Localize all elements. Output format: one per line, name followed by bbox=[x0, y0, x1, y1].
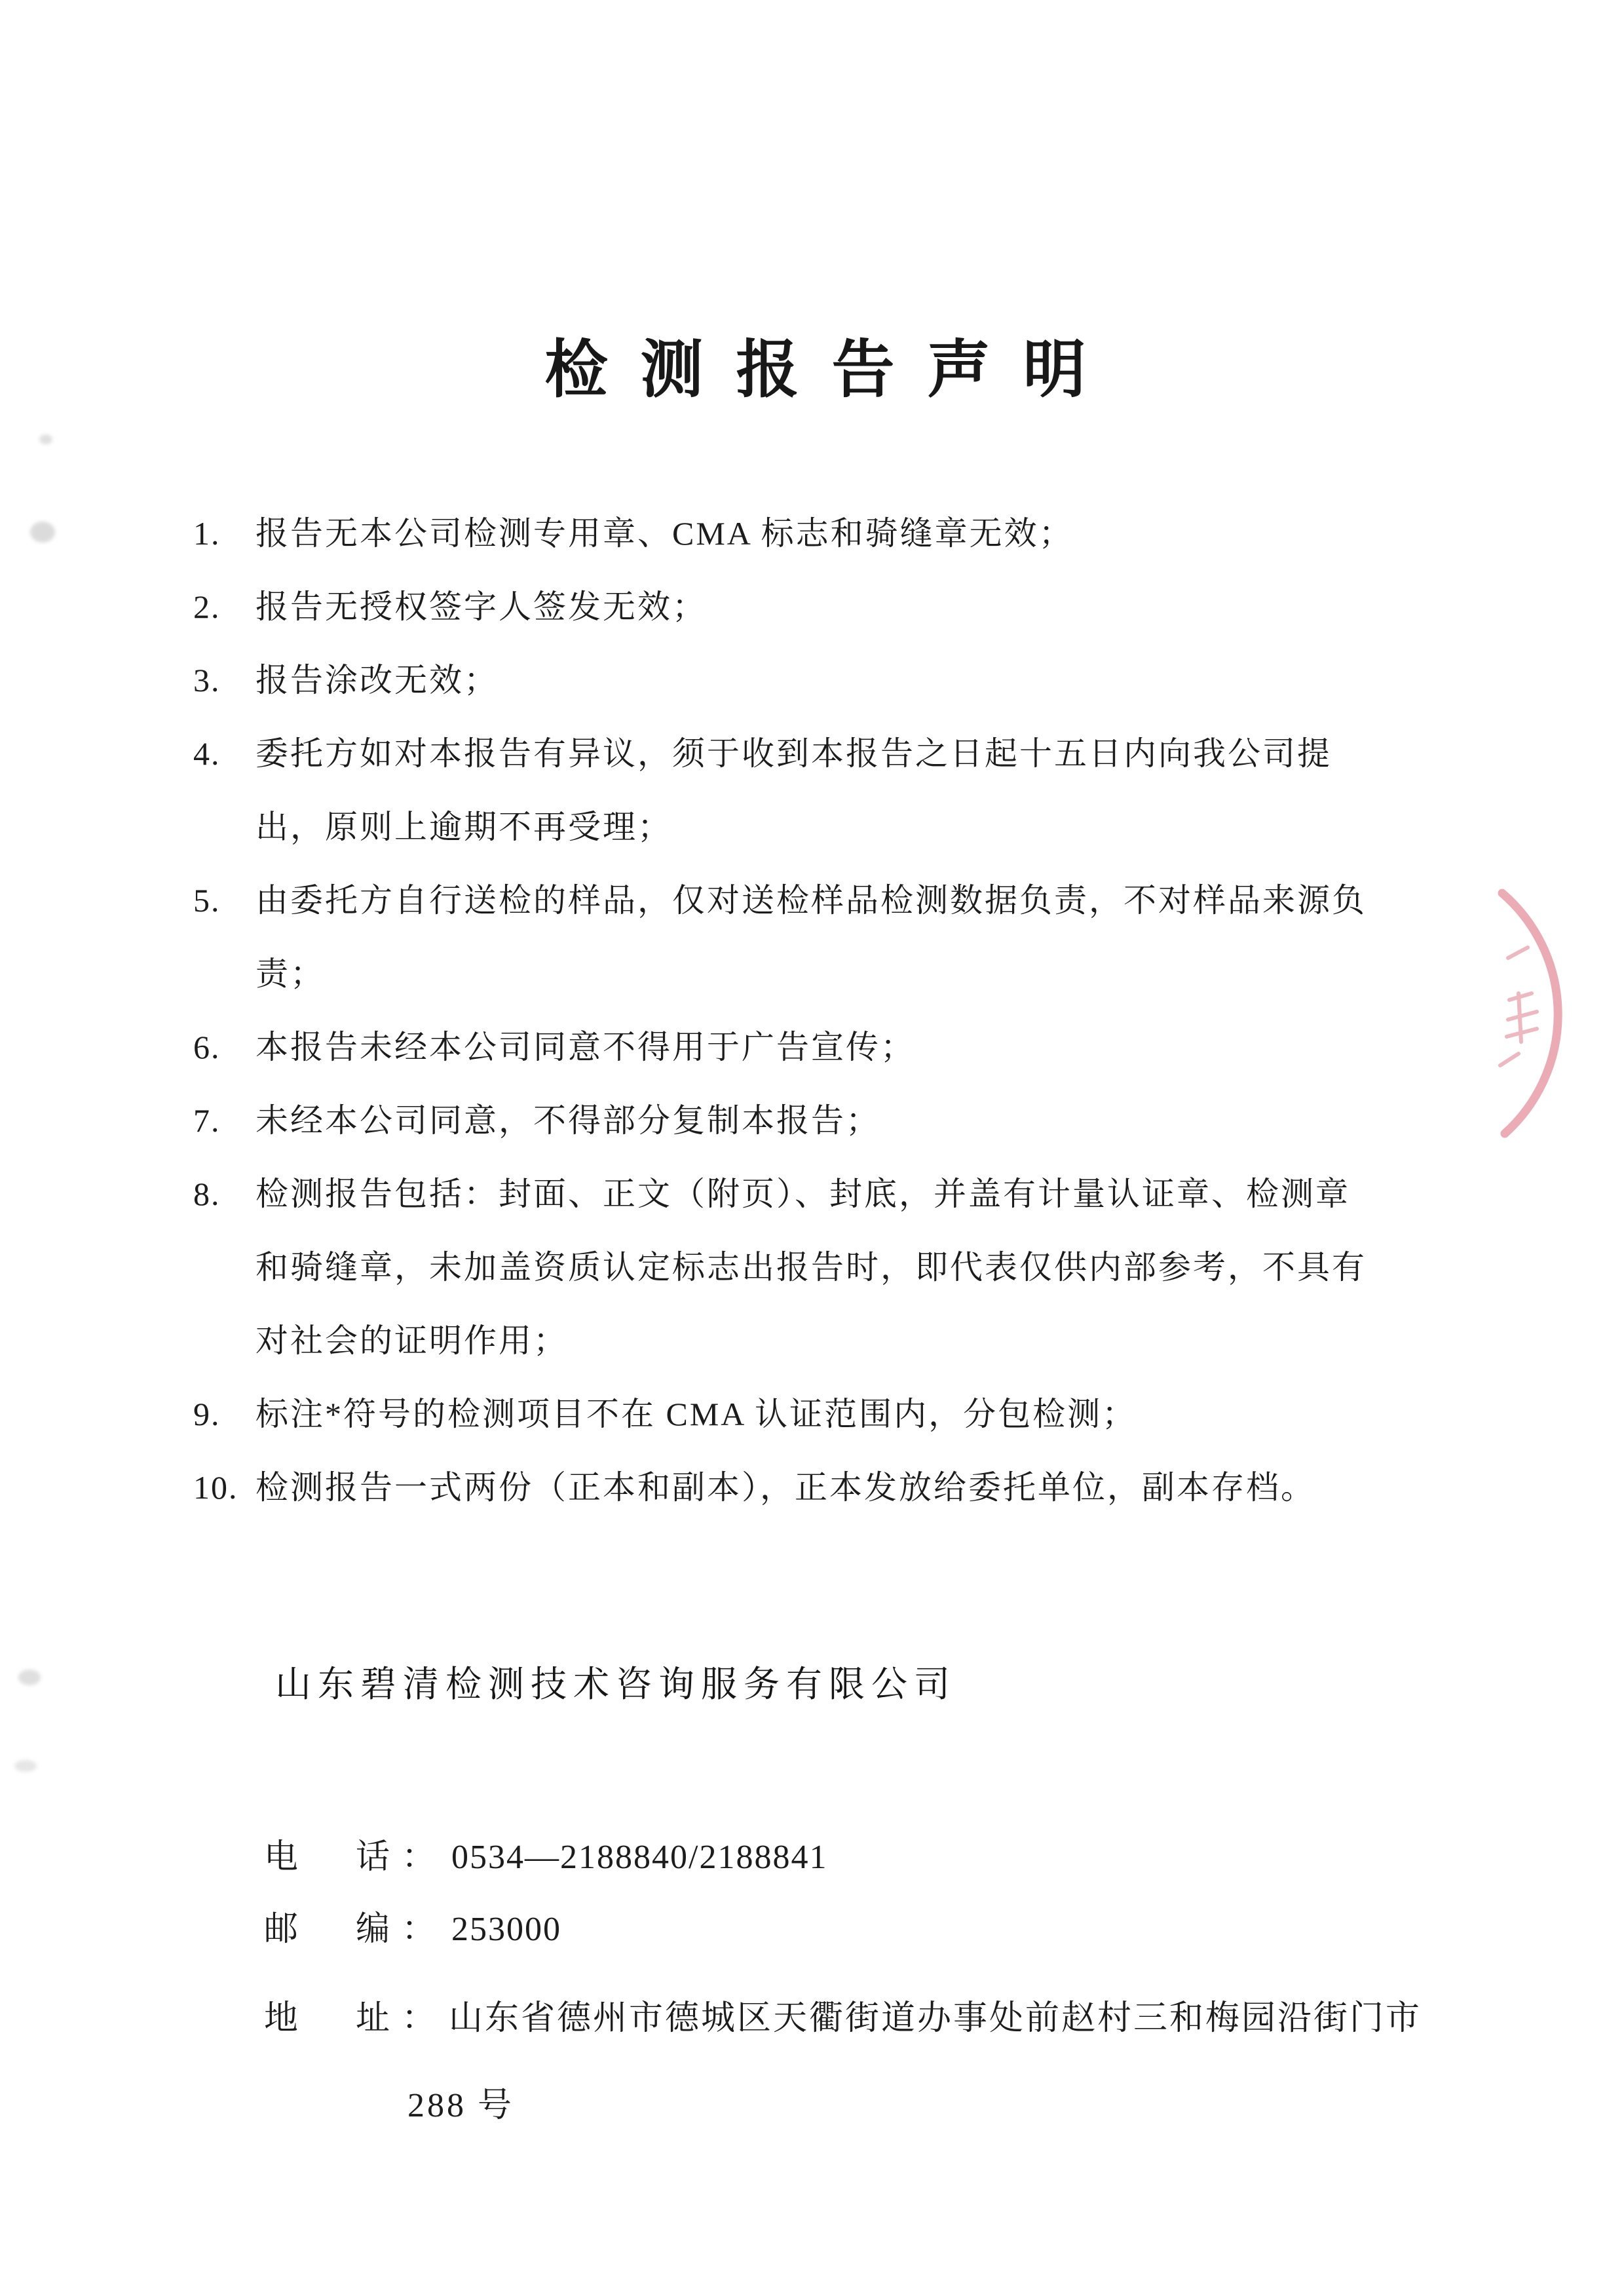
item-number: 9. bbox=[193, 1377, 252, 1451]
item-text: 标注*符号的检测项目不在 CMA 认证范围内，分包检测； bbox=[255, 1377, 1533, 1451]
item-text: 出，原则上逾期不再受理； bbox=[255, 790, 1533, 864]
item-text: 对社会的证明作用； bbox=[255, 1304, 1533, 1377]
item-number: 3. bbox=[193, 643, 252, 717]
report-declaration-page: 检测报告声明 1. 报告无本公司检测专用章、CMA 标志和骑缝章无效； 2. 报… bbox=[0, 0, 1624, 2296]
company-name: 山东碧清检测技术咨询服务有限公司 bbox=[275, 1664, 956, 1705]
item-number: 8. bbox=[193, 1157, 252, 1231]
item-text: 本报告未经本公司同意不得用于广告宣传； bbox=[255, 1010, 1533, 1084]
item-number: 10. bbox=[193, 1451, 252, 1524]
item-text: 报告无授权签字人签发无效； bbox=[255, 570, 1533, 643]
address-value-line2: 288 号 bbox=[407, 2077, 514, 2126]
phone-label: 电 话： bbox=[264, 1839, 447, 1876]
scan-artifact bbox=[30, 522, 55, 543]
scan-artifact bbox=[14, 1760, 37, 1772]
list-item: 4. 委托方如对本报告有异议，须于收到本报告之日起十五日内向我公司提 出，原则上… bbox=[255, 717, 1533, 864]
item-number: 5. bbox=[193, 864, 252, 937]
scan-artifact bbox=[18, 1670, 41, 1685]
list-item: 2. 报告无授权签字人签发无效； bbox=[255, 570, 1533, 643]
item-text: 和骑缝章，未加盖资质认定标志出报告时，即代表仅供内部参考，不具有 bbox=[255, 1231, 1533, 1304]
statement-list: 1. 报告无本公司检测专用章、CMA 标志和骑缝章无效； 2. 报告无授权签字人… bbox=[255, 497, 1533, 1524]
address-label: 地 址： bbox=[264, 2000, 447, 2037]
list-item: 9. 标注*符号的检测项目不在 CMA 认证范围内，分包检测； bbox=[255, 1377, 1533, 1451]
address-row: 地 址：山东省德州市德城区天衢街道办事处前赵村三和梅园沿街门市 bbox=[264, 1997, 1422, 2040]
item-text: 委托方如对本报告有异议，须于收到本报告之日起十五日内向我公司提 bbox=[255, 717, 1533, 790]
item-text: 责； bbox=[255, 937, 1533, 1010]
list-item: 6. 本报告未经本公司同意不得用于广告宣传； bbox=[255, 1010, 1533, 1084]
item-text: 检测报告一式两份（正本和副本），正本发放给委托单位，副本存档。 bbox=[255, 1451, 1533, 1524]
list-item: 3. 报告涂改无效； bbox=[255, 643, 1533, 717]
postal-row: 邮 编：253000 bbox=[264, 1908, 561, 1951]
item-text: 未经本公司同意，不得部分复制本报告； bbox=[255, 1084, 1533, 1157]
list-item: 10. 检测报告一式两份（正本和副本），正本发放给委托单位，副本存档。 bbox=[255, 1451, 1533, 1524]
scan-artifact bbox=[39, 434, 52, 444]
postal-label: 邮 编： bbox=[264, 1911, 447, 1948]
item-text: 报告无本公司检测专用章、CMA 标志和骑缝章无效； bbox=[255, 497, 1533, 570]
item-number: 7. bbox=[193, 1084, 252, 1157]
address-value-line1: 山东省德州市德城区天衢街道办事处前赵村三和梅园沿街门市 bbox=[449, 2000, 1422, 2037]
list-item: 8. 检测报告包括：封面、正文（附页）、封底，并盖有计量认证章、检测章 和骑缝章… bbox=[255, 1157, 1533, 1377]
list-item: 7. 未经本公司同意，不得部分复制本报告； bbox=[255, 1084, 1533, 1157]
phone-row: 电 话：0534—2188840/2188841 bbox=[264, 1836, 827, 1879]
list-item: 5. 由委托方自行送检的样品，仅对送检样品检测数据负责，不对样品来源负 责； bbox=[255, 864, 1533, 1010]
item-text: 检测报告包括：封面、正文（附页）、封底，并盖有计量认证章、检测章 bbox=[255, 1157, 1533, 1231]
item-text: 报告涂改无效； bbox=[255, 643, 1533, 717]
item-number: 2. bbox=[193, 570, 252, 643]
list-item: 1. 报告无本公司检测专用章、CMA 标志和骑缝章无效； bbox=[255, 497, 1533, 570]
item-number: 6. bbox=[193, 1010, 252, 1084]
page-title: 检测报告声明 bbox=[0, 320, 1624, 410]
phone-value: 0534—2188840/2188841 bbox=[451, 1839, 827, 1876]
item-number: 4. bbox=[193, 717, 252, 790]
postal-value: 253000 bbox=[451, 1911, 561, 1948]
item-text: 由委托方自行送检的样品，仅对送检样品检测数据负责，不对样品来源负 bbox=[255, 864, 1533, 937]
item-number: 1. bbox=[193, 497, 252, 570]
